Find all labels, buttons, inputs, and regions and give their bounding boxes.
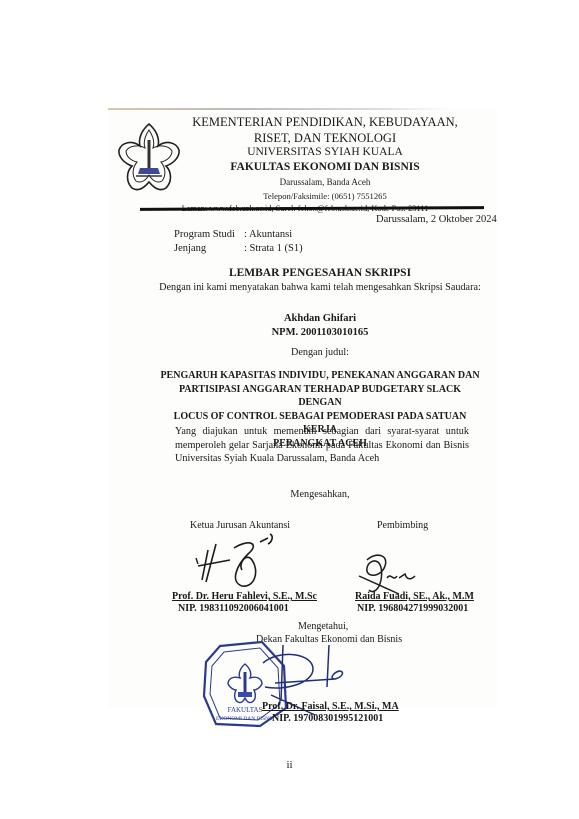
program-key: Program Studi — [174, 228, 244, 242]
student-info: Akhdan Ghifari NPM. 2001103010165 — [150, 312, 490, 340]
dekan-pre: Mengetahui, — [298, 621, 348, 632]
dekan-name: Prof. Dr. Faisal, S.E., M.Si., MA — [262, 701, 399, 712]
intro-text: Dengan ini kami menyatakan bahwa kami te… — [150, 282, 490, 293]
ministry-name: KEMENTERIAN PENDIDIKAN, KEBUDAYAAN, — [180, 116, 470, 129]
phone: Telepon/Faksimile: (0651) 7551265 — [180, 192, 470, 201]
pembimbing-name: Raida Fuadi, SE., Ak., M.M — [355, 591, 474, 602]
program-row: Program Studi : Akuntansi — [174, 228, 303, 242]
judul-label: Dengan judul: — [150, 347, 490, 358]
level-key: Jenjang — [174, 242, 244, 256]
ministry-name-2: RISET, DAN TEKNOLOGI — [180, 132, 470, 145]
program-value: : Akuntansi — [244, 228, 292, 242]
student-name: Akhdan Ghifari — [150, 312, 490, 326]
university-name: UNIVERSITAS SYIAH KUALA — [180, 147, 470, 159]
level-value: : Strata 1 (S1) — [244, 242, 303, 256]
place-date: Darussalam, 2 Oktober 2024 — [376, 214, 497, 225]
pembimbing-role: Pembimbing — [377, 520, 428, 531]
address: Darussalam, Banda Aceh — [180, 178, 470, 187]
program-info: Program Studi : Akuntansi Jenjang : Stra… — [174, 228, 303, 256]
ketua-signature-icon — [190, 530, 290, 592]
mengesahkan-label: Mengesahkan, — [150, 489, 490, 500]
document-title: LEMBAR PENGESAHAN SKRIPSI — [150, 267, 490, 279]
ketua-name: Prof. Dr. Heru Fahlevi, S.E., M.Sc — [172, 591, 317, 602]
ketua-nip: NIP. 198311092006041001 — [178, 603, 289, 614]
university-emblem-icon — [116, 120, 182, 198]
thesis-title-line: PARTISIPASI ANGGARAN TERHADAP BUDGETARY … — [160, 383, 480, 410]
scan-edge — [108, 108, 448, 110]
dekan-nip: NIP. 197008301995121001 — [272, 713, 383, 724]
student-npm: NPM. 2001103010165 — [150, 326, 490, 340]
level-row: Jenjang : Strata 1 (S1) — [174, 242, 303, 256]
pembimbing-nip: NIP. 196804271999032001 — [357, 603, 468, 614]
thesis-title-line: PENGARUH KAPASITAS INDIVIDU, PENEKANAN A… — [160, 369, 480, 383]
letterhead: KEMENTERIAN PENDIDIKAN, KEBUDAYAAN, RISE… — [180, 114, 470, 213]
page-number: ii — [0, 759, 579, 771]
purpose-paragraph: Yang diajukan untuk memenuhi sebagian da… — [175, 425, 469, 466]
faculty-name: FAKULTAS EKONOMI DAN BISNIS — [180, 162, 470, 174]
